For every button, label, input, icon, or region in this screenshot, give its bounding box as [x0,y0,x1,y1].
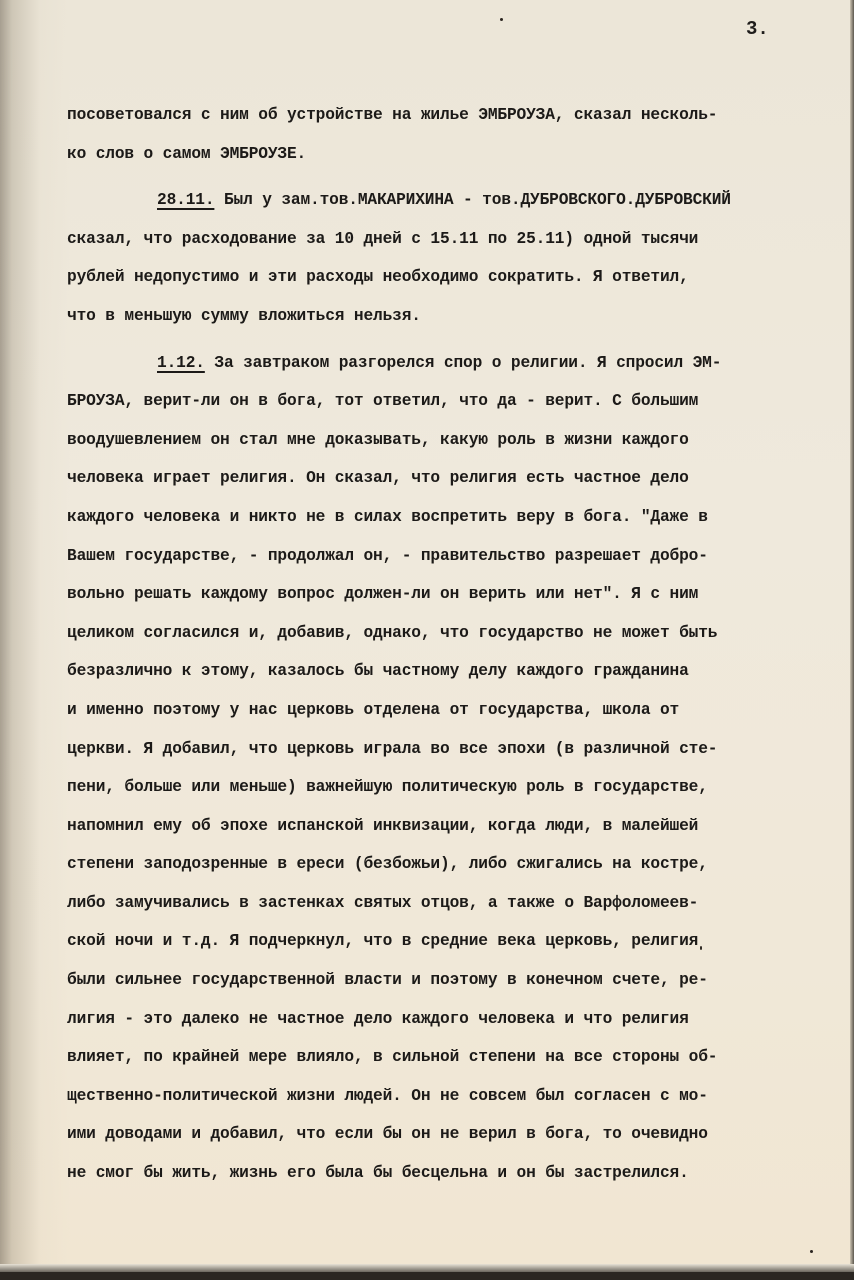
text-line: не смог бы жить, жизнь его была бы бесце… [67,1154,852,1193]
text-line: сказал, что расходование за 10 дней с 15… [67,220,852,259]
text-line-first: 1.12. За завтраком разгорелся спор о рел… [67,344,852,383]
text-line: лигия - это далеко не частное дело каждо… [67,1000,852,1039]
text-line: БРОУЗА, верит-ли он в бога, тот ответил,… [67,382,852,421]
paragraph-entry-28-11: 28.11. Был у зам.тов.МАКАРИХИНА - тов.ДУ… [67,181,852,335]
text-line: безразлично к этому, казалось бы частном… [67,652,852,691]
text-line: ко слов о самом ЭМБРОУЗЕ. [67,135,852,174]
text-line: пени, больше или меньше) важнейшую полит… [67,768,852,807]
entry-date: 28.11. [157,191,214,209]
text-line: Вашем государстве, - продолжал он, - пра… [67,537,852,576]
paragraph-entry-1-12: 1.12. За завтраком разгорелся спор о рел… [67,344,852,1193]
text-line: вольно решать каждому вопрос должен-ли о… [67,575,852,614]
text-line: воодушевлением он стал мне доказывать, к… [67,421,852,460]
text-line-first: 28.11. Был у зам.тов.МАКАРИХИНА - тов.ДУ… [67,181,852,220]
paper-speck [500,18,503,21]
paper-speck [810,1250,813,1253]
paragraph-continuation: посоветовался с ним об устройстве на жил… [67,96,852,173]
document-page: 3. посоветовался с ним об устройстве на … [0,0,854,1272]
text-line: церкви. Я добавил, что церковь играла во… [67,730,852,769]
page-bottom-edge [0,1264,854,1272]
text-line: степени заподозренные в ереси (безбожьи)… [67,845,852,884]
text-line: либо замучивались в застенках святых отц… [67,884,852,923]
text-line: целиком согласился и, добавив, однако, ч… [67,614,852,653]
entry-date: 1.12. [157,354,205,372]
page-number: 3. [746,18,769,40]
text-line: рублей недопустимо и эти расходы необход… [67,258,852,297]
typewritten-body: посоветовался с ним об устройстве на жил… [67,96,852,1193]
text-line: ими доводами и добавил, что если бы он н… [67,1115,852,1154]
text-line: посоветовался с ним об устройстве на жил… [67,96,852,135]
text-line: были сильнее государственной власти и по… [67,961,852,1000]
text-line: щественно-политической жизни людей. Он н… [67,1077,852,1116]
text-line: ской ночи и т.д. Я подчеркнул, что в сре… [67,922,852,961]
text-line: и именно поэтому у нас церковь отделена … [67,691,852,730]
entry-text: Был у зам.тов.МАКАРИХИНА - тов.ДУБРОВСКО… [214,191,730,209]
entry-text: За завтраком разгорелся спор о религии. … [205,354,721,372]
text-line: каждого человека и никто не в силах восп… [67,498,852,537]
text-line: напомнил ему об эпохе испанской инквизац… [67,807,852,846]
text-line: влияет, по крайней мере влияло, в сильно… [67,1038,852,1077]
text-line: что в меньшую сумму вложиться нельзя. [67,297,852,336]
text-line: человека играет религия. Он сказал, что … [67,459,852,498]
